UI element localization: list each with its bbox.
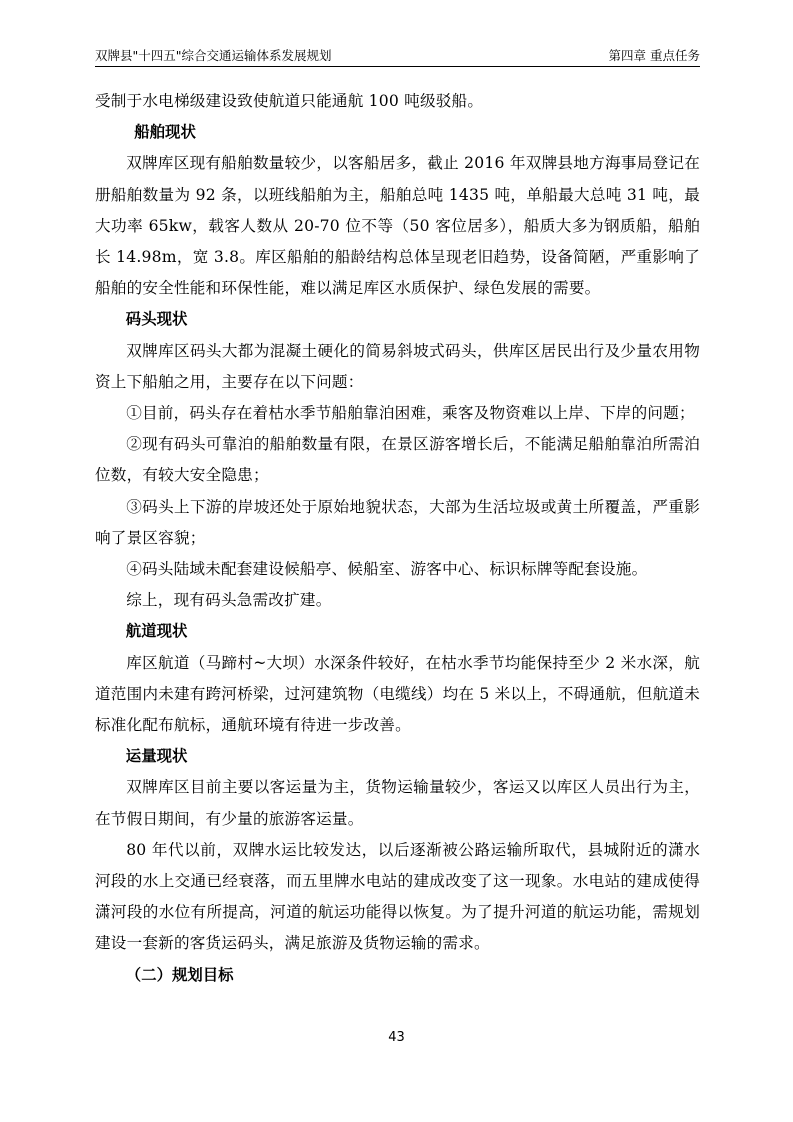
wharf-issue-3: ③码头上下游的岸坡还处于原始地貌状态，大部为生活垃圾或黄土所覆盖，严重影响了景区… [95,492,700,554]
intro-paragraph: 受制于水电梯级建设致使航道只能通航 100 吨级驳船。 [95,86,700,117]
page-header: 双牌县"十四五"综合交通运输体系发展规划 第四章 重点任务 [95,46,700,67]
chapter-title: 第四章 重点任务 [609,46,700,66]
page-number: 43 [0,1030,793,1045]
section-heading-wharf: 码头现状 [95,304,700,335]
section-heading-channel: 航道现状 [95,616,700,647]
wharf-issue-2: ②现有码头可靠泊的船舶数量有限，在景区游客增长后，不能满足船舶靠泊所需泊位数，有… [95,429,700,491]
section-heading-traffic: 运量现状 [95,741,700,772]
wharf-paragraph: 双牌库区码头大都为混凝土硬化的简易斜坡式码头，供库区居民出行及少量农用物资上下船… [95,336,700,398]
wharf-summary: 综上，现有码头急需改扩建。 [95,585,700,616]
ships-paragraph: 双牌库区现有船舶数量较少，以客船居多，截止 2016 年双牌县地方海事局登记在册… [95,148,700,304]
wharf-issue-4: ④码头陆域未配套建设候船亭、候船室、游客中心、标识标牌等配套设施。 [95,554,700,585]
section-heading-ships: 船舶现状 [95,117,700,148]
document-title: 双牌县"十四五"综合交通运输体系发展规划 [95,46,332,66]
traffic-paragraph-2: 80 年代以前，双牌水运比较发达，以后逐渐被公路运输所取代，县城附近的潇水河段的… [95,835,700,960]
traffic-paragraph-1: 双牌库区目前主要以客运量为主，货物运输量较少，客运又以库区人员出行为主，在节假日… [95,772,700,834]
page-content: 受制于水电梯级建设致使航道只能通航 100 吨级驳船。 船舶现状 双牌库区现有船… [95,86,700,991]
channel-paragraph: 库区航道（马蹄村~大坝）水深条件较好，在枯水季节均能保持至少 2 米水深，航道范… [95,648,700,742]
wharf-issue-1: ①目前，码头存在着枯水季节船舶靠泊困难，乘客及物资难以上岸、下岸的问题； [95,398,700,429]
section-heading-planning-goals: （二）规划目标 [95,960,700,991]
